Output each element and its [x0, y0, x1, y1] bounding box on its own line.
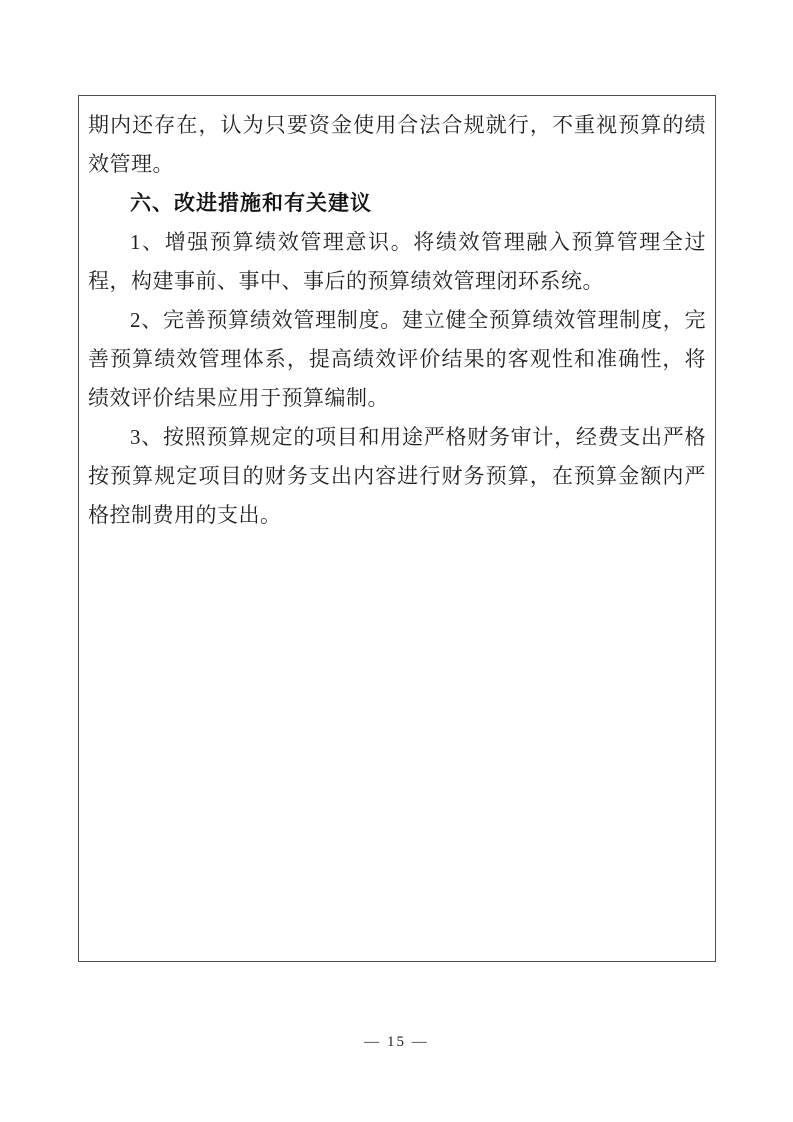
paragraph-item-1: 1、增强预算绩效管理意识。将绩效管理融入预算管理全过程，构建事前、事中、事后的预…: [88, 223, 706, 301]
bordered-content-box: 期内还存在，认为只要资金使用合法合规就行，不重视预算的绩效管理。 六、改进措施和…: [78, 95, 716, 962]
page-number: — 15 —: [364, 1034, 429, 1050]
continuation-paragraph: 期内还存在，认为只要资金使用合法合规就行，不重视预算的绩效管理。: [88, 106, 706, 184]
page-footer: — 15 —: [0, 1033, 793, 1051]
paragraph-item-2: 2、完善预算绩效管理制度。建立健全预算绩效管理制度，完善预算绩效管理体系，提高绩…: [88, 301, 706, 418]
section-heading: 六、改进措施和有关建议: [88, 184, 706, 223]
paragraph-item-3: 3、按照预算规定的项目和用途严格财务审计，经费支出严格按预算规定项目的财务支出内…: [88, 418, 706, 535]
document-page: 期内还存在，认为只要资金使用合法合规就行，不重视预算的绩效管理。 六、改进措施和…: [0, 0, 793, 1122]
